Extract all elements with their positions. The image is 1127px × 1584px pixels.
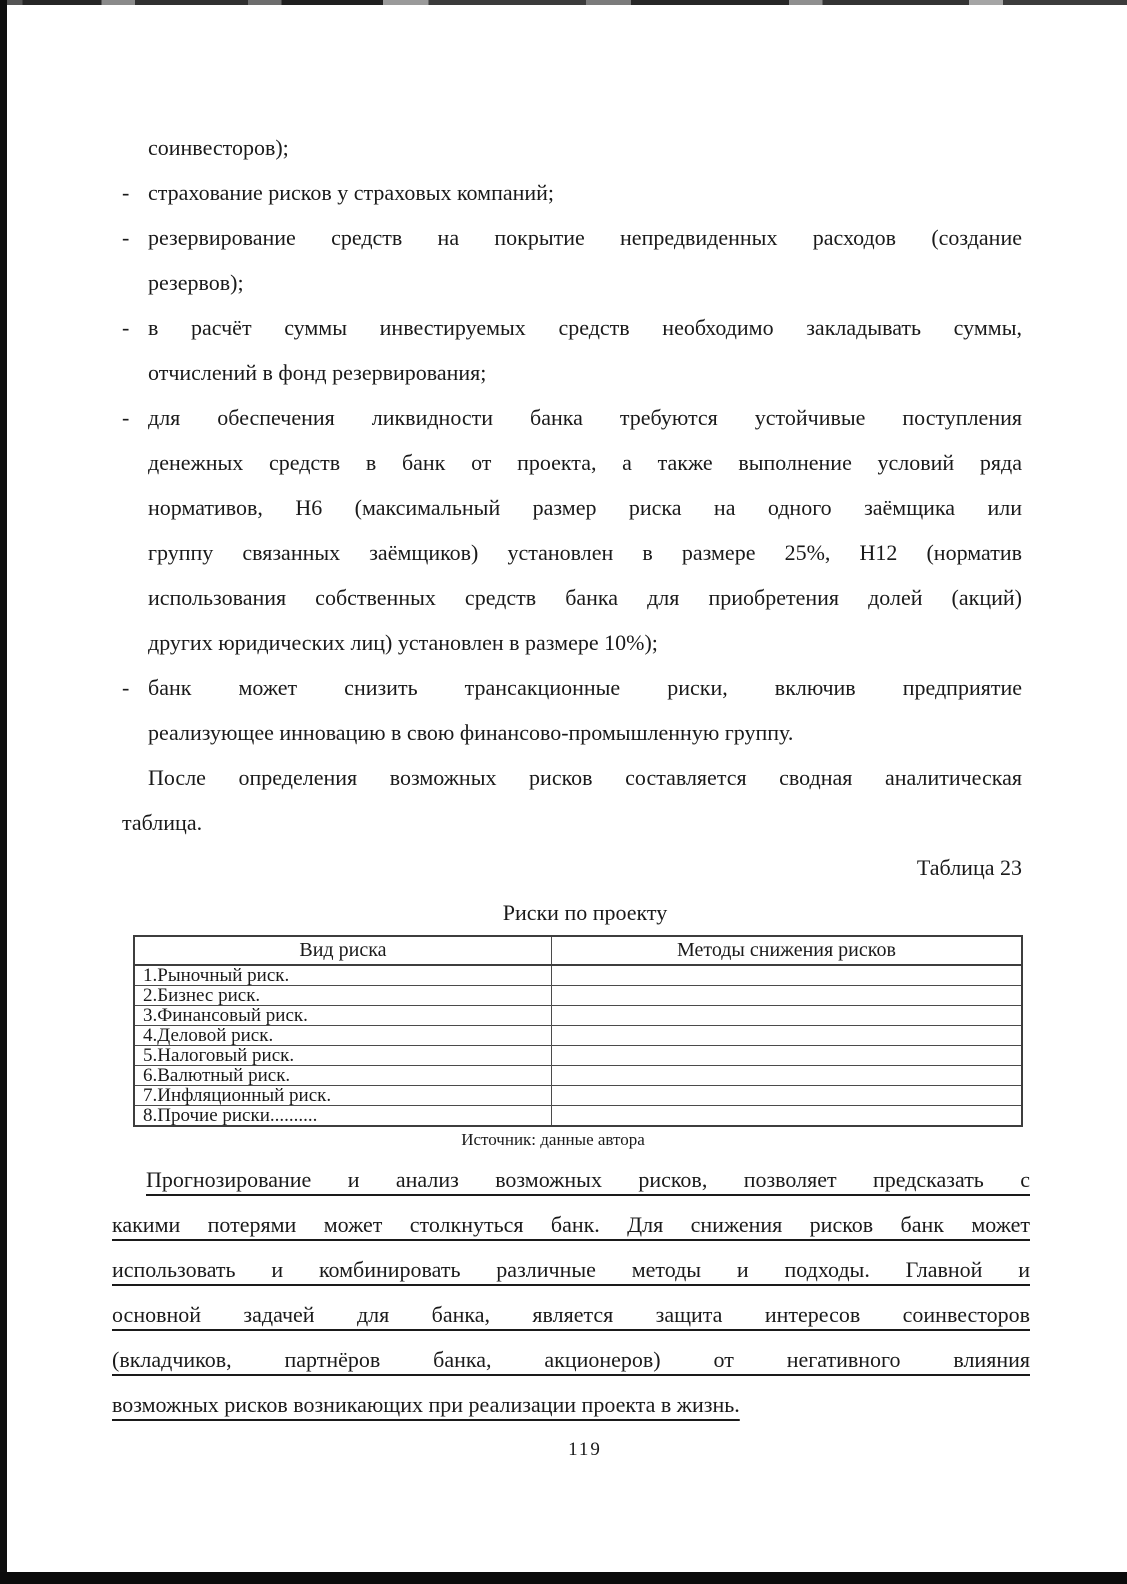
method-cell bbox=[551, 1046, 1022, 1066]
body-line-text: отчислений в фонд резервирования; bbox=[148, 360, 486, 385]
list-item: -для обеспечения ликвидности банка требу… bbox=[148, 395, 1022, 440]
body-line-text: группу связанных заёмщиков) установлен в… bbox=[148, 540, 1022, 565]
body-line-text: реализующее инновацию в свою финансово-п… bbox=[148, 720, 793, 745]
body-line: нормативов, Н6 (максимальный размер риск… bbox=[148, 485, 1022, 530]
body-line-text: других юридических лиц) установлен в раз… bbox=[148, 630, 658, 655]
body-line: соинвесторов); bbox=[148, 125, 1022, 170]
body-line-text: соинвесторов); bbox=[148, 135, 289, 160]
risk-cell: 2.Бизнес риск. bbox=[134, 986, 551, 1006]
underlined-line: какими потерями может столкнуться банк. … bbox=[112, 1202, 1030, 1247]
method-cell bbox=[551, 1006, 1022, 1026]
body-line: резервов); bbox=[148, 260, 1022, 305]
body-line-text: страхование рисков у страховых компаний; bbox=[148, 180, 554, 205]
body-line: денежных средств в банк от проекта, а та… bbox=[148, 440, 1022, 485]
body-line: других юридических лиц) установлен в раз… bbox=[148, 620, 1022, 665]
body-line-text: резервов); bbox=[148, 270, 244, 295]
method-cell bbox=[551, 965, 1022, 986]
underlined-line: использовать и комбинировать различные м… bbox=[112, 1247, 1030, 1292]
body-line-text: банк может снизить трансакционные риски,… bbox=[148, 675, 1022, 700]
list-dash: - bbox=[122, 395, 129, 440]
body-line: использования собственных средств банка … bbox=[148, 575, 1022, 620]
table-title: Риски по проекту bbox=[148, 890, 1022, 935]
page-number: 119 bbox=[148, 1439, 1022, 1461]
list-item: -в расчёт суммы инвестируемых средств не… bbox=[148, 305, 1022, 350]
body-line-text: использования собственных средств банка … bbox=[148, 585, 1022, 610]
risk-cell: 8.Прочие риски.......... bbox=[134, 1106, 551, 1127]
table-row: 5.Налоговый риск. bbox=[134, 1046, 1022, 1066]
table-row: 4.Деловой риск. bbox=[134, 1026, 1022, 1046]
body-line: отчислений в фонд резервирования; bbox=[148, 350, 1022, 395]
table-row: 6.Валютный риск. bbox=[134, 1066, 1022, 1086]
underlined-line-text: Прогнозирование и анализ возможных риско… bbox=[146, 1167, 1030, 1192]
table-header-row: Вид риска Методы снижения рисков bbox=[134, 936, 1022, 965]
list-item: -страхование рисков у страховых компаний… bbox=[148, 170, 1022, 215]
underlined-line-text: возможных рисков возникающих при реализа… bbox=[112, 1392, 740, 1417]
table-row: 2.Бизнес риск. bbox=[134, 986, 1022, 1006]
page-content: соинвесторов); -страхование рисков у стр… bbox=[148, 0, 1022, 1461]
paragraph-first-line: После определения возможных рисков соста… bbox=[148, 755, 1022, 800]
table-row: 3.Финансовый риск. bbox=[134, 1006, 1022, 1026]
body-line: группу связанных заёмщиков) установлен в… bbox=[148, 530, 1022, 575]
underlined-line: Прогнозирование и анализ возможных риско… bbox=[112, 1157, 1030, 1202]
body-line: реализующее инновацию в свою финансово-п… bbox=[148, 710, 1022, 755]
body-line-text: таблица. bbox=[122, 810, 202, 835]
risk-cell: 1.Рыночный риск. bbox=[134, 965, 551, 986]
list-item: -резервирование средств на покрытие непр… bbox=[148, 215, 1022, 260]
body-line-text: в расчёт суммы инвестируемых средств нео… bbox=[148, 315, 1022, 340]
method-cell bbox=[551, 1066, 1022, 1086]
risk-table: Вид риска Методы снижения рисков 1.Рыноч… bbox=[133, 935, 1023, 1127]
risk-cell: 5.Налоговый риск. bbox=[134, 1046, 551, 1066]
body-line-text: резервирование средств на покрытие непре… bbox=[148, 225, 1022, 250]
table-row: 1.Рыночный риск. bbox=[134, 965, 1022, 986]
underlined-line-text: какими потерями может столкнуться банк. … bbox=[112, 1212, 1030, 1237]
underlined-line: возможных рисков возникающих при реализа… bbox=[112, 1382, 1030, 1427]
scan-artifact-bottom-edge bbox=[0, 1572, 1127, 1584]
column-header-risk-type: Вид риска bbox=[134, 936, 551, 965]
scanned-document-page: соинвесторов); -страхование рисков у стр… bbox=[0, 0, 1127, 1584]
risk-cell: 4.Деловой риск. bbox=[134, 1026, 551, 1046]
method-cell bbox=[551, 1106, 1022, 1127]
body-line-text: После определения возможных рисков соста… bbox=[148, 765, 1022, 790]
list-dash: - bbox=[122, 215, 129, 260]
body-line-text: нормативов, Н6 (максимальный размер риск… bbox=[148, 495, 1022, 520]
risk-cell: 6.Валютный риск. bbox=[134, 1066, 551, 1086]
risk-table-wrapper: Вид риска Методы снижения рисков 1.Рыноч… bbox=[133, 935, 1023, 1151]
underlined-line-text: основной задачей для банка, является защ… bbox=[112, 1302, 1030, 1327]
body-line-text: для обеспечения ликвидности банка требую… bbox=[148, 405, 1022, 430]
list-dash: - bbox=[122, 305, 129, 350]
method-cell bbox=[551, 986, 1022, 1006]
underlined-paragraph: Прогнозирование и анализ возможных риско… bbox=[112, 1157, 1030, 1427]
table-row: 8.Прочие риски.......... bbox=[134, 1106, 1022, 1127]
source-caption: Источник: данные автора bbox=[133, 1129, 973, 1151]
risk-cell: 7.Инфляционный риск. bbox=[134, 1086, 551, 1106]
table-row: 7.Инфляционный риск. bbox=[134, 1086, 1022, 1106]
underlined-line: основной задачей для банка, является защ… bbox=[112, 1292, 1030, 1337]
body-line-text: денежных средств в банк от проекта, а та… bbox=[148, 450, 1022, 475]
paragraph-last-line: таблица. bbox=[122, 800, 1022, 845]
method-cell bbox=[551, 1086, 1022, 1106]
column-header-methods: Методы снижения рисков bbox=[551, 936, 1022, 965]
underlined-line: (вкладчиков, партнёров банка, акционеров… bbox=[112, 1337, 1030, 1382]
list-item: -банк может снизить трансакционные риски… bbox=[148, 665, 1022, 710]
list-dash: - bbox=[122, 665, 129, 710]
underlined-line-text: (вкладчиков, партнёров банка, акционеров… bbox=[112, 1347, 1030, 1372]
risk-cell: 3.Финансовый риск. bbox=[134, 1006, 551, 1026]
list-dash: - bbox=[122, 170, 129, 215]
table-label: Таблица 23 bbox=[148, 845, 1022, 890]
method-cell bbox=[551, 1026, 1022, 1046]
underlined-line-text: использовать и комбинировать различные м… bbox=[112, 1257, 1030, 1282]
scan-artifact-left-edge bbox=[0, 0, 7, 1584]
